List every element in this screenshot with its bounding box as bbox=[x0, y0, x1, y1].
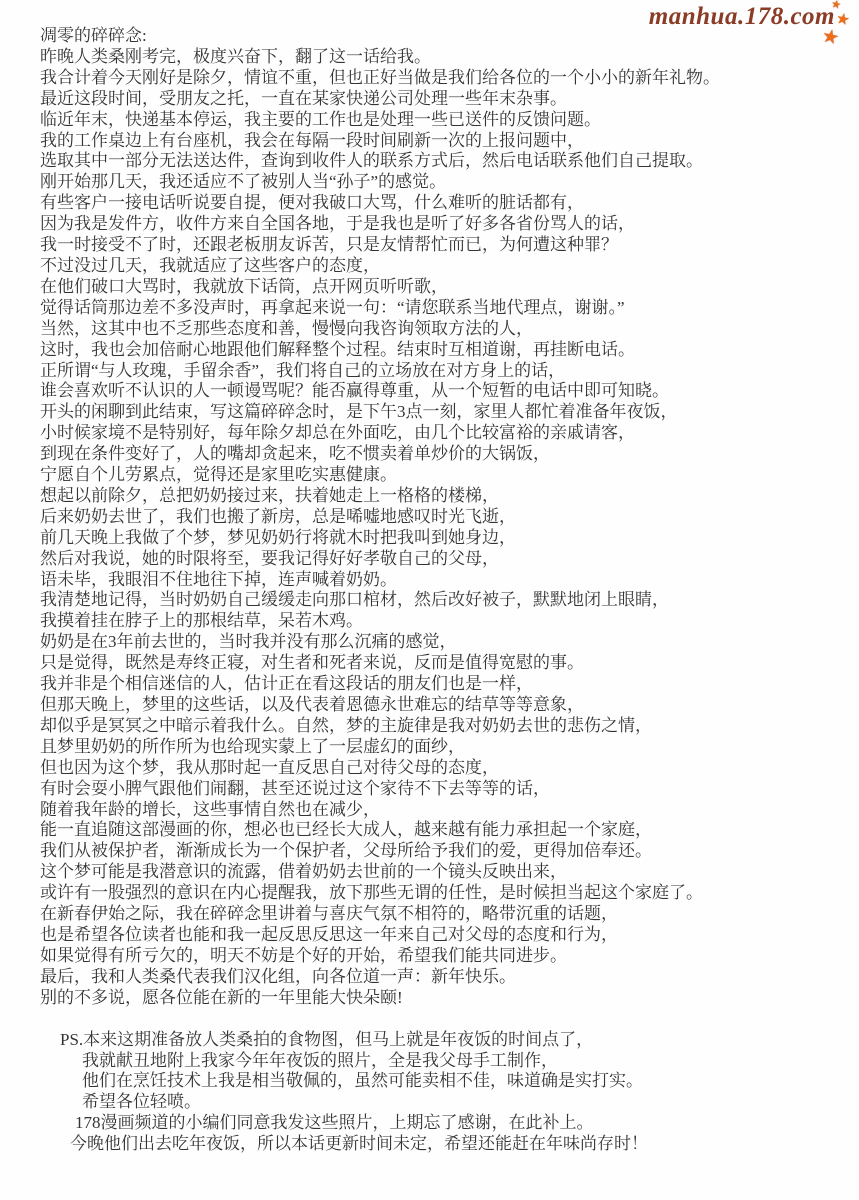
note-postscript: PS.本来这期准备放人类桑拍的食物图，但马上就是年夜饭的时间点了，我就献丑地附上… bbox=[40, 1030, 859, 1155]
text-line: 到现在条件变好了，人的嘴却贪起来，吃不惯卖着单炒价的大锅饭， bbox=[40, 444, 859, 465]
text-line: 想起以前除夕，总把奶奶接过来，扶着她走上一格格的楼梯， bbox=[40, 486, 859, 507]
text-line: 小时候家境不是特别好，每年除夕却总在外面吃，由几个比较富裕的亲戚请客， bbox=[40, 423, 859, 444]
text-line: 因为我是发件方，收件方来自全国各地，于是我也是听了好多各省份骂人的话， bbox=[40, 214, 859, 235]
text-line: 临近年末，快递基本停运，我主要的工作也是处理一些已送件的反馈问题。 bbox=[40, 110, 859, 131]
text-line: 前几天晚上我做了个梦，梦见奶奶行将就木时把我叫到她身边， bbox=[40, 528, 859, 549]
text-line: 有些客户一接电话听说要自提，便对我破口大骂，什么难听的脏话都有， bbox=[40, 193, 859, 214]
text-line: 奶奶是在3年前去世的，当时我并没有那么沉痛的感觉， bbox=[40, 632, 859, 653]
text-line: 有时会耍小脾气跟他们闹翻，甚至还说过这个家待不下去等等的话， bbox=[40, 779, 859, 800]
text-line: 随着我年龄的增长，这些事情自然也在减少， bbox=[40, 800, 859, 821]
text-line: 最近这段时间，受朋友之托，一直在某家快递公司处理一些年末杂事。 bbox=[40, 89, 859, 110]
text-line: 语未毕，我眼泪不住地往下掉，连声喊着奶奶。 bbox=[40, 570, 859, 591]
star-icon: ★ bbox=[830, 0, 842, 12]
text-line: 在新春伊始之际，我在碎碎念里讲着与喜庆气氛不相符的，略带沉重的话题， bbox=[40, 904, 859, 925]
text-line: 只是觉得，既然是寿终正寝，对生者和死者来说，反而是值得宽慰的事。 bbox=[40, 653, 859, 674]
text-line: 刚开始那几天，我还适应不了被别人当“孙子”的感觉。 bbox=[40, 172, 859, 193]
text-line: 不过没过几天，我就适应了这些客户的态度， bbox=[40, 256, 859, 277]
text-line: 我一时接受不了时，还跟老板朋友诉苦，只是友情帮忙而已，为何遭这种罪？ bbox=[40, 235, 859, 256]
text-line: 也是希望各位读者也能和我一起反思反思这一年来自己对父母的态度和行为， bbox=[40, 925, 859, 946]
text-line: 谁会喜欢听不认识的人一顿谩骂呢？能否赢得尊重，从一个短暂的电话中即可知晓。 bbox=[40, 381, 859, 402]
text-line: 如果觉得有所亏欠的，明天不妨是个好的开始，希望我们能共同进步。 bbox=[40, 946, 859, 967]
text-line: 我清楚地记得，当时奶奶自己缓缓走向那口棺材，然后改好被子，默默地闭上眼睛， bbox=[40, 590, 859, 611]
text-line: 我并非是个相信迷信的人，估计正在看这段话的朋友们也是一样， bbox=[40, 674, 859, 695]
ps-line: 他们在烹饪技术上我是相当敬佩的，虽然可能卖相不佳，味道确是实打实。 bbox=[82, 1071, 859, 1092]
ps-line: 我就献丑地附上我家今年年夜饭的照片，全是我父母手工制作， bbox=[82, 1051, 859, 1072]
text-line: 在他们破口大骂时，我就放下话筒，点开网页听听歌， bbox=[40, 277, 859, 298]
text-line: 我的工作桌边上有台座机，我会在每隔一段时间刷新一次的上报问题中， bbox=[40, 131, 859, 152]
ps-line: 希望各位轻喷。 bbox=[82, 1092, 859, 1113]
text-line: 但那天晚上，梦里的这些话，以及代表着恩德永世难忘的结草等等意象， bbox=[40, 695, 859, 716]
ps-line: PS.本来这期准备放人类桑拍的食物图，但马上就是年夜饭的时间点了， bbox=[60, 1030, 859, 1051]
text-line: 开头的闲聊到此结束，写这篇碎碎念时，是下午3点一刻，家里人都忙着准备年夜饭， bbox=[40, 402, 859, 423]
translator-note: 凋零的碎碎念: 昨晚人类桑刚考完，极度兴奋下，翻了这一话给我。我合计着今天刚好是… bbox=[40, 26, 859, 1155]
text-line: 这个梦可能是我潜意识的流露，借着奶奶去世前的一个镜头反映出来， bbox=[40, 862, 859, 883]
ps-line: 178漫画频道的小编们同意我发这些照片，上期忘了感谢，在此补上。 bbox=[75, 1113, 859, 1134]
note-heading: 凋零的碎碎念: bbox=[40, 26, 859, 47]
text-line: 正所谓“与人玫瑰，手留余香”，我们将自己的立场放在对方身上的话， bbox=[40, 361, 859, 382]
text-line: 我摸着挂在脖子上的那根结草，呆若木鸡。 bbox=[40, 611, 859, 632]
text-line: 当然，这其中也不乏那些态度和善，慢慢向我咨询领取方法的人， bbox=[40, 319, 859, 340]
text-line: 宁愿自个儿劳累点，觉得还是家里吃实惠健康。 bbox=[40, 465, 859, 486]
text-line: 昨晚人类桑刚考完，极度兴奋下，翻了这一话给我。 bbox=[40, 47, 859, 68]
text-line: 然后对我说，她的时限将至，要我记得好好孝敬自己的父母， bbox=[40, 549, 859, 570]
text-line: 觉得话筒那边差不多没声时，再拿起来说一句：“请您联系当地代理点，谢谢。” bbox=[40, 298, 859, 319]
text-line: 最后，我和人类桑代表我们汉化组，向各位道一声：新年快乐。 bbox=[40, 967, 859, 988]
document-page: manhua.178.com ★ ★ ★ 凋零的碎碎念: 昨晚人类桑刚考完，极度… bbox=[0, 0, 859, 1200]
text-line: 后来奶奶去世了，我们也搬了新房，总是唏嘘地感叹时光飞逝， bbox=[40, 507, 859, 528]
text-line: 却似乎是冥冥之中暗示着我什么。自然，梦的主旋律是我对奶奶去世的悲伤之情， bbox=[40, 716, 859, 737]
note-body: 昨晚人类桑刚考完，极度兴奋下，翻了这一话给我。我合计着今天刚好是除夕，情谊不重，… bbox=[40, 47, 859, 1009]
ps-line: 今晚他们出去吃年夜饭，所以本话更新时间未定，希望还能赶在年味尚存时！ bbox=[70, 1134, 859, 1155]
text-line: 或许有一股强烈的意识在内心提醒我，放下那些无谓的任性，是时候担当起这个家庭了。 bbox=[40, 883, 859, 904]
text-line: 但也因为这个梦，我从那时起一直反思自己对待父母的态度， bbox=[40, 758, 859, 779]
text-line: 且梦里奶奶的所作所为也给现实蒙上了一层虚幻的面纱， bbox=[40, 737, 859, 758]
text-line: 能一直追随这部漫画的你，想必也已经长大成人，越来越有能力承担起一个家庭， bbox=[40, 820, 859, 841]
text-line: 我们从被保护者，渐渐成长为一个保护者，父母所给予我们的爱，更得加倍奉还。 bbox=[40, 841, 859, 862]
text-line: 别的不多说，愿各位能在新的一年里能大快朵颐! bbox=[40, 988, 859, 1009]
text-line: 我合计着今天刚好是除夕，情谊不重，但也正好当做是我们给各位的一个小小的新年礼物。 bbox=[40, 68, 859, 89]
text-line: 选取其中一部分无法送达件，查询到收件人的联系方式后，然后电话联系他们自己提取。 bbox=[40, 151, 859, 172]
text-line: 这时，我也会加倍耐心地跟他们解释整个过程。结束时互相道谢，再挂断电话。 bbox=[40, 340, 859, 361]
